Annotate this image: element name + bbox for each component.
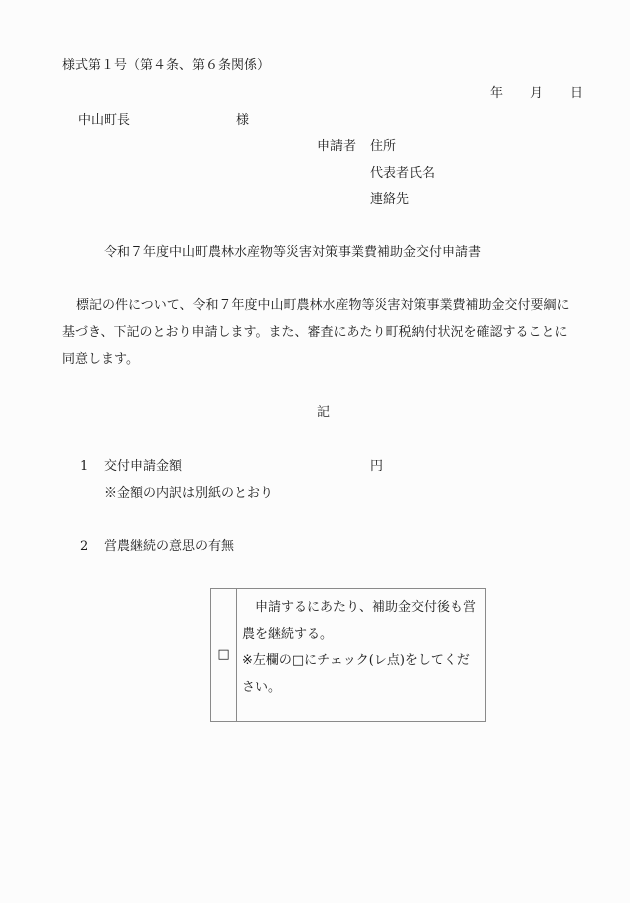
item-2-label: 営農継続の意思の有無 — [104, 539, 234, 555]
continuation-table: □ 申請するにあたり、補助金交付後も営農を継続する。 ※左欄の□にチェック(レ点… — [210, 588, 486, 722]
document-title: 令和７年度中山町農林水産物等災害対策事業費補助金交付申請書 — [104, 245, 481, 261]
item-1-number: 1 — [80, 459, 88, 475]
date-month: 月 — [530, 86, 543, 102]
addressee-name: 中山町長 — [78, 113, 130, 129]
body-line-1: 標記の件について、令和７年度中山町農林水産物等災害対策事業費補助金交付要綱に — [76, 298, 569, 314]
applicant-representative: 代表者氏名 — [370, 166, 435, 182]
continuation-statement: 申請するにあたり、補助金交付後も営農を継続する。 — [242, 600, 476, 642]
form-number: 様式第１号（第４条、第６条関係） — [62, 58, 270, 74]
item-1-note: ※金額の内訳は別紙のとおり — [104, 486, 273, 502]
table-divider — [236, 589, 237, 721]
item-2-number: 2 — [80, 539, 88, 555]
addressee-honorific: 様 — [236, 113, 249, 129]
continuation-text: 申請するにあたり、補助金交付後も営農を継続する。 ※左欄の□にチェック(レ点)を… — [242, 595, 482, 701]
item-1-label: 交付申請金額 — [104, 459, 182, 475]
applicant-contact: 連絡先 — [370, 192, 409, 208]
ki-heading: 記 — [317, 405, 330, 421]
body-line-3: 同意します。 — [62, 352, 139, 368]
date-day: 日 — [570, 86, 583, 102]
continuation-checkbox[interactable]: □ — [211, 647, 236, 662]
date-year: 年 — [490, 86, 503, 102]
item-1-unit: 円 — [370, 459, 383, 475]
applicant-address: 住所 — [370, 139, 396, 155]
applicant-label: 申請者 — [317, 139, 356, 155]
body-line-2: 基づき、下記のとおり申請します。また、審査にあたり町税納付状況を確認することに — [62, 325, 567, 341]
checkbox-instruction: ※左欄の□にチェック(レ点)をしてください。 — [242, 653, 470, 695]
